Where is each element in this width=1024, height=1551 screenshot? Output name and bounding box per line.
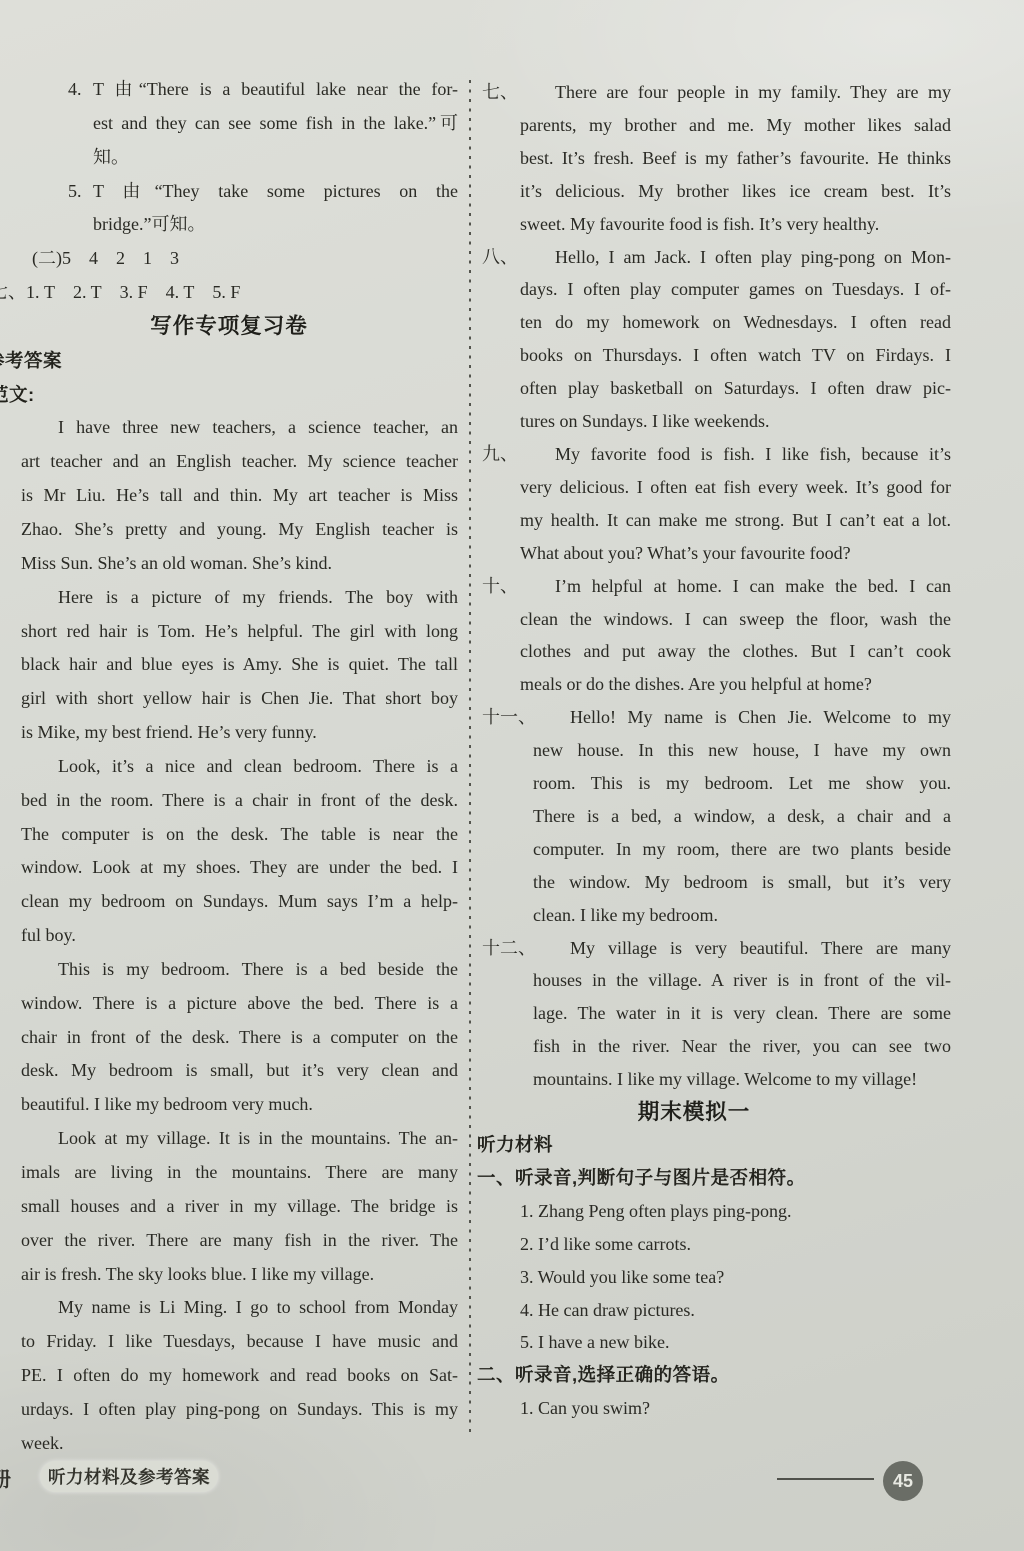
paragraph-marker: 三、 bbox=[0, 750, 10, 784]
text-line: clean my bedroom on Sundays. Mum says I’… bbox=[0, 885, 458, 919]
text-line: books on Thursdays. I often watch TV on … bbox=[477, 339, 951, 372]
text-line: There are four people in my family. They… bbox=[477, 76, 951, 109]
text-line: air is fresh. The sky looks blue. I like… bbox=[0, 1258, 458, 1292]
text-line: Look, it’s a nice and clean bedroom. The… bbox=[0, 750, 458, 784]
essay-lines: Look at my village. It is in the mountai… bbox=[0, 1122, 458, 1291]
left-column: 4. T 由“There is a beautiful lake near th… bbox=[0, 73, 458, 1461]
essay-lines: Look, it’s a nice and clean bedroom. The… bbox=[0, 750, 458, 953]
text-line: My favorite food is fish. I like fish, b… bbox=[477, 438, 951, 471]
text-line: sweet. My favourite food is fish. It’s v… bbox=[477, 208, 951, 241]
text-line: est and they can see some fish in the la… bbox=[0, 107, 458, 141]
text-line: window. There is a picture above the bed… bbox=[0, 987, 458, 1021]
essay-paragraph-3: 三、 Look, it’s a nice and clean bedroom. … bbox=[0, 750, 458, 953]
text-line: I have three new teachers, a science tea… bbox=[0, 411, 458, 445]
text-line: chair in front of the desk. There is a c… bbox=[0, 1021, 458, 1055]
right-column: 七、 There are four people in my family. T… bbox=[477, 76, 951, 1425]
paragraph-marker: 一、 bbox=[0, 411, 10, 445]
text-line: There is a bed, a window, a desk, a chai… bbox=[477, 800, 951, 833]
text-line: Hello, I am Jack. I often play ping-pong… bbox=[477, 241, 951, 274]
text-line: bed in the room. There is a chair in fro… bbox=[0, 784, 458, 818]
text-line: desk. My bedroom is small, but it’s very… bbox=[0, 1054, 458, 1088]
paragraph-marker: 九、 bbox=[482, 438, 518, 471]
essay-lines: Here is a picture of my friends. The boy… bbox=[0, 581, 458, 750]
listening-section-1-title: 一、听录音,判断句子与图片是否相符。 bbox=[477, 1162, 951, 1195]
text-line: to Friday. I like Tuesdays, because I ha… bbox=[0, 1325, 458, 1359]
answer-true-false-row: 七、1. T 2. T 3. F 4. T 5. F bbox=[0, 276, 458, 310]
text-line: over the river. There are many fish in t… bbox=[0, 1224, 458, 1258]
text-line: ful boy. bbox=[0, 919, 458, 953]
text-line: it’s delicious. My brother likes ice cre… bbox=[477, 175, 951, 208]
listening-item: 3. Would you like some tea? bbox=[477, 1261, 951, 1294]
item-number: 4. bbox=[68, 73, 82, 107]
listening-section-2-title: 二、听录音,选择正确的答语。 bbox=[477, 1359, 951, 1392]
text-line: is Mike, my best friend. He’s very funny… bbox=[0, 716, 458, 750]
text-line: tures on Sundays. I like weekends. bbox=[477, 405, 951, 438]
essay-lines: My village is very beautiful. There are … bbox=[477, 932, 951, 1097]
text-line: short red hair is Tom. He’s helpful. The… bbox=[0, 615, 458, 649]
model-essay-label: 范文: bbox=[0, 378, 458, 412]
essay-paragraph-6: 六、 My name is Li Ming. I go to school fr… bbox=[0, 1291, 458, 1460]
answer-sequence-row: (二)5 4 2 1 3 bbox=[0, 242, 458, 276]
page-number-rule bbox=[777, 1478, 874, 1480]
text-line: lage. The water in it is very clean. The… bbox=[477, 997, 951, 1030]
text-line: often play basketball on Saturdays. I of… bbox=[477, 372, 951, 405]
writing-review-heading: 写作专项复习卷 bbox=[0, 310, 458, 344]
text-line: clean. I like my bedroom. bbox=[477, 899, 951, 932]
listening-item: 1. Can you swim? bbox=[477, 1392, 951, 1425]
paragraph-marker: 二、 bbox=[0, 581, 10, 615]
text-line: meals or do the dishes. Are you helpful … bbox=[477, 668, 951, 701]
paragraph-marker: 八、 bbox=[482, 241, 518, 274]
listening-answers-badge: 听力材料及参考答案 bbox=[40, 1461, 218, 1492]
answer-item-4: 4. T 由“There is a beautiful lake near th… bbox=[0, 73, 458, 175]
reference-answers-label: 参考答案 bbox=[0, 344, 458, 378]
text-line: My name is Li Ming. I go to school from … bbox=[0, 1291, 458, 1325]
text-line: fish in the river. Near the river, you c… bbox=[477, 1030, 951, 1063]
footer-partial-char: 册 bbox=[0, 1463, 11, 1492]
text-line: computer. In my room, there are two plan… bbox=[477, 833, 951, 866]
text-line: very delicious. I often eat fish every w… bbox=[477, 471, 951, 504]
listening-materials-label: 听力材料 bbox=[477, 1129, 951, 1162]
essay-paragraph-4: 四、 This is my bedroom. There is a bed be… bbox=[0, 953, 458, 1122]
text-line: What about you? What’s your favourite fo… bbox=[477, 537, 951, 570]
listening-item: 2. I’d like some carrots. bbox=[477, 1228, 951, 1261]
text-line: black hair and blue eyes is Amy. She is … bbox=[0, 648, 458, 682]
text-line: Look at my village. It is in the mountai… bbox=[0, 1122, 458, 1156]
text-line: houses in the village. A river is in fro… bbox=[477, 964, 951, 997]
text-line: room. This is my bedroom. Let me show yo… bbox=[477, 767, 951, 800]
text-line: days. I often play computer games on Tue… bbox=[477, 273, 951, 306]
essay-paragraph-12: 十二、 My village is very beautiful. There … bbox=[477, 932, 951, 1097]
column-divider bbox=[469, 80, 471, 1434]
text-line: The computer is on the desk. The table i… bbox=[0, 818, 458, 852]
text-line: clothes and put away the clothes. But I … bbox=[477, 635, 951, 668]
text-line: Hello! My name is Chen Jie. Welcome to m… bbox=[477, 701, 951, 734]
text-line: window. Look at my shoes. They are under… bbox=[0, 851, 458, 885]
text-line: urdays. I often play ping-pong on Sunday… bbox=[0, 1393, 458, 1427]
text-line: beautiful. I like my bedroom very much. bbox=[0, 1088, 458, 1122]
text-line: Zhao. She’s pretty and young. My English… bbox=[0, 513, 458, 547]
essay-lines: My favorite food is fish. I like fish, b… bbox=[477, 438, 951, 570]
essay-paragraph-2: 二、 Here is a picture of my friends. The … bbox=[0, 581, 458, 750]
essay-paragraph-11: 十一、 Hello! My name is Chen Jie. Welcome … bbox=[477, 701, 951, 931]
text-line: parents, my brother and me. My mother li… bbox=[477, 109, 951, 142]
item-number: 5. bbox=[68, 175, 82, 209]
page-number-badge: 45 bbox=[883, 1461, 923, 1501]
essay-paragraph-9: 九、 My favorite food is fish. I like fish… bbox=[477, 438, 951, 570]
text-line: clean the windows. I can sweep the floor… bbox=[477, 603, 951, 636]
text-line: small houses and a river in my village. … bbox=[0, 1190, 458, 1224]
text-line: new house. In this new house, I have my … bbox=[477, 734, 951, 767]
text-line: Here is a picture of my friends. The boy… bbox=[0, 581, 458, 615]
listening-item: 1. Zhang Peng often plays ping-pong. bbox=[477, 1195, 951, 1228]
essay-paragraph-10: 十、 I’m helpful at home. I can make the b… bbox=[477, 570, 951, 702]
paragraph-marker: 六、 bbox=[0, 1291, 10, 1325]
essay-lines: My name is Li Ming. I go to school from … bbox=[0, 1291, 458, 1460]
text-line: best. It’s fresh. Beef is my father’s fa… bbox=[477, 142, 951, 175]
text-line: art teacher and an English teacher. My s… bbox=[0, 445, 458, 479]
paragraph-marker: 十二、 bbox=[482, 932, 536, 965]
text-line: girl with short yellow hair is Chen Jie.… bbox=[0, 682, 458, 716]
text-line: my health. It can make me strong. But I … bbox=[477, 504, 951, 537]
workbook-answer-page: 4. T 由“There is a beautiful lake near th… bbox=[0, 0, 1024, 1551]
text-line: mountains. I like my village. Welcome to… bbox=[477, 1063, 951, 1096]
text-line: My village is very beautiful. There are … bbox=[477, 932, 951, 965]
text-line: This is my bedroom. There is a bed besid… bbox=[0, 953, 458, 987]
text-line: PE. I often do my homework and read book… bbox=[0, 1359, 458, 1393]
essay-lines: Hello, I am Jack. I often play ping-pong… bbox=[477, 241, 951, 438]
page-number: 45 bbox=[893, 1471, 913, 1492]
text-line: bridge.”可知。 bbox=[0, 208, 458, 242]
paragraph-marker: 十一、 bbox=[482, 701, 536, 734]
paragraph-marker: 十、 bbox=[482, 570, 518, 603]
answer-item-5: 5. T 由“They take some pictures on thebri… bbox=[0, 175, 458, 243]
essay-lines: There are four people in my family. They… bbox=[477, 76, 951, 241]
paragraph-marker: 七、 bbox=[482, 76, 518, 109]
essay-paragraph-1: 一、 I have three new teachers, a science … bbox=[0, 411, 458, 580]
essay-lines: I’m helpful at home. I can make the bed.… bbox=[477, 570, 951, 702]
paragraph-marker: 四、 bbox=[0, 953, 10, 987]
essay-paragraph-5: 五、 Look at my village. It is in the moun… bbox=[0, 1122, 458, 1291]
paragraph-marker: 五、 bbox=[0, 1122, 10, 1156]
listening-item: 5. I have a new bike. bbox=[477, 1326, 951, 1359]
essay-lines: Hello! My name is Chen Jie. Welcome to m… bbox=[477, 701, 951, 931]
text-line: Miss Sun. She’s an old woman. She’s kind… bbox=[0, 547, 458, 581]
text-line: 知。 bbox=[0, 141, 458, 175]
essay-lines: I have three new teachers, a science tea… bbox=[0, 411, 458, 580]
essay-lines: This is my bedroom. There is a bed besid… bbox=[0, 953, 458, 1122]
essay-paragraph-7: 七、 There are four people in my family. T… bbox=[477, 76, 951, 241]
text-line: the window. My bedroom is small, but it’… bbox=[477, 866, 951, 899]
final-exam-heading: 期末模拟一 bbox=[477, 1096, 951, 1129]
text-line: is Mr Liu. He’s tall and thin. My art te… bbox=[0, 479, 458, 513]
text-line: week. bbox=[0, 1427, 458, 1461]
text-line: imals are living in the mountains. There… bbox=[0, 1156, 458, 1190]
essay-paragraph-8: 八、 Hello, I am Jack. I often play ping-p… bbox=[477, 241, 951, 438]
listening-item: 4. He can draw pictures. bbox=[477, 1294, 951, 1327]
text-line: ten do my homework on Wednesdays. I ofte… bbox=[477, 306, 951, 339]
text-line: I’m helpful at home. I can make the bed.… bbox=[477, 570, 951, 603]
